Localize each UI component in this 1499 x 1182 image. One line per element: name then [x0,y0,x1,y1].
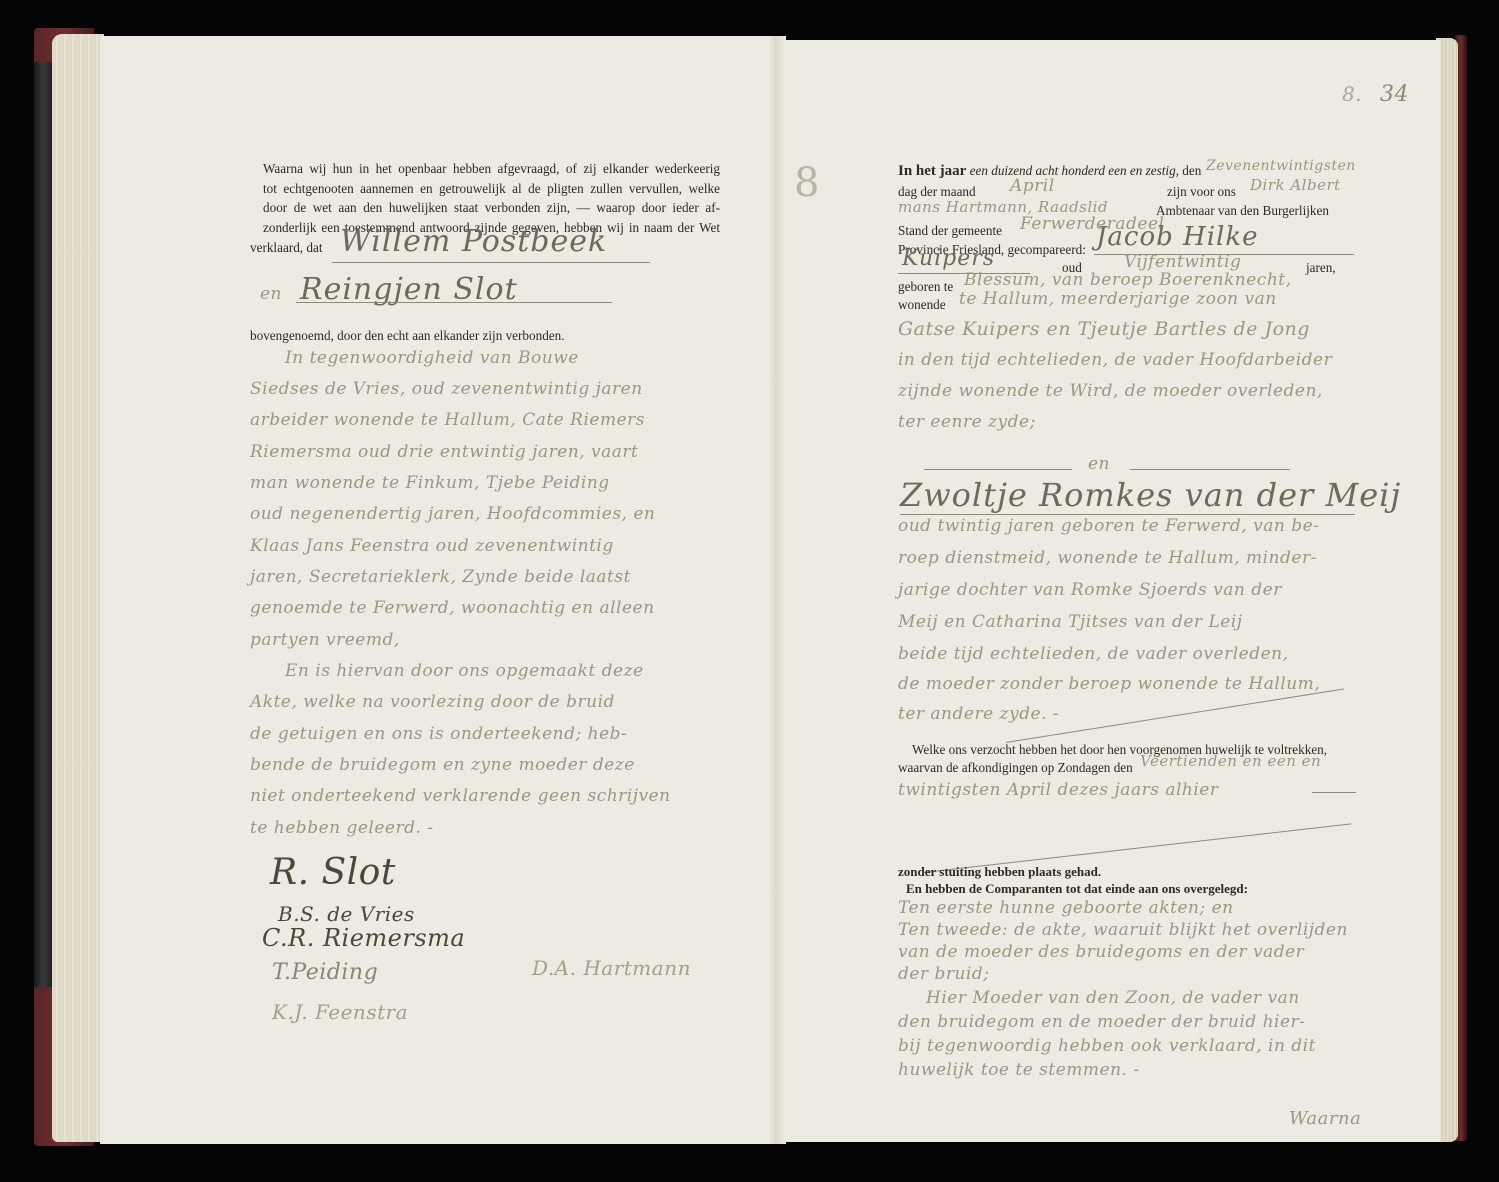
groom-age: Vijfentwintig [1124,252,1241,272]
handwritten-line: niet onderteekend verklarende geen schri… [250,786,671,806]
handwritten-line: zijnde wonende te Wird, de moeder overle… [898,381,1323,401]
handwritten-line: ter eenre zyde; [898,412,1036,432]
connector-en: en [260,284,282,304]
handwritten-line: den bruidegom en de moeder der bruid hie… [898,1012,1305,1032]
handwritten-line: man wonende te Finkum, Tjebe Peiding [250,473,610,493]
printed-wonende: wonende [898,295,946,315]
handwritten-line: oud negenendertig jaren, Hoofdcommies, e… [250,504,655,524]
handwritten-month: April [1010,176,1055,196]
handwritten-line: huwelijk toe te stemmen. - [898,1060,1140,1080]
handwritten-line: jarige dochter van Romke Sjoerds van der [898,580,1282,600]
folio-number: 34 [1380,82,1409,107]
handwritten-line: te Hallum, meerderjarige zoon van [959,289,1277,309]
handwritten-line: oud twintig jaren geboren te Ferwerd, va… [898,516,1319,536]
dash-line [1312,792,1356,793]
handwritten-official-1: Dirk Albert [1250,176,1341,194]
handwritten-line: Siedses de Vries, oud zevenentwintig jar… [250,379,643,399]
handwritten-line: roep dienstmeid, wonende te Hallum, mind… [898,548,1317,568]
printed-en-hebben: En hebben de Comparanten tot dat einde a… [906,879,1248,899]
printed-zijn-voor-ons: zijn voor ons [1167,182,1236,202]
catchword: Waarna [1289,1108,1361,1129]
left-page: Waarna wij hun in het openbaar hebben af… [100,36,772,1144]
groom-name-handwritten: Willem Postbeek [340,224,607,259]
separator-line [924,469,1072,470]
separator-line [1130,469,1290,470]
handwritten-line: Ten tweede: de akte, waaruit blijkt het … [898,920,1348,940]
handwritten-proclamation-2: twintigsten April dezes jaars alhier [898,780,1218,800]
signature: C.R. Riemersma [262,924,465,952]
right-page: 8. 34 8 In het jaar een duizend acht hon… [784,40,1440,1142]
handwritten-line: van de moeder des bruidegoms en der vade… [898,942,1304,962]
underline [296,302,612,303]
page-corner-number: 8. [1342,82,1362,106]
handwritten-line: de moeder zonder beroep wonende te Hallu… [898,674,1320,694]
handwritten-line: Gatse Kuipers en Tjeutje Bartles de Jong [898,318,1310,340]
handwritten-line: beide tijd echtelieden, de vader overled… [898,644,1289,664]
intro-line: door de wet aan den huwelijken staat ver… [263,198,720,218]
handwritten-line: genoemde te Ferwerd, woonachtig en allee… [250,598,655,618]
printed-geboren: geboren te [898,277,953,297]
handwritten-line: Klaas Jans Feenstra oud zevenentwintig [250,536,614,556]
signature: T.Peiding [272,960,378,985]
handwritten-line: Meij en Catharina Tjitses van der Leij [898,612,1243,632]
handwritten-line: Ten eerste hunne geboorte akten; en [898,898,1234,918]
handwritten-line: Riemersma oud drie entwintig jaren, vaar… [250,442,638,462]
handwritten-line: in den tijd echtelieden, de vader Hoofda… [898,350,1332,370]
signature: R. Slot [270,852,396,893]
printed-text: In het jaar [898,163,966,179]
bride-name-handwritten: Zwoltje Romkes van der Meij [900,476,1401,514]
handwritten-line: de getuigen en ons is onderteekend; heb- [250,724,627,744]
handwritten-line: Hier Moeder van den Zoon, de vader van [926,988,1300,1008]
connector-en: en [1088,454,1110,474]
printed-bovengenoemd: bovengenoemd, door den echt aan elkander… [250,326,565,346]
handwritten-line: arbeider wonende te Hallum, Cate Riemers [250,410,645,430]
groom-birthplace: Blessum, van beroep Boerenknecht, [964,270,1292,290]
handwritten-line: bij tegenwoordig hebben ook verklaard, i… [898,1036,1316,1056]
printed-ambtenaar: Ambtenaar van den Burgerlijken [1156,201,1329,221]
printed-stand: Stand der gemeente [898,221,1002,241]
handwritten-line: In tegenwoordigheid van Bouwe [285,348,579,368]
signature: B.S. de Vries [278,902,415,926]
printed-year: een duizend acht honderd een en zestig, [970,163,1179,178]
groom-surname-handwritten: Kuipers [902,246,995,271]
handwritten-line: ter andere zyde. - [898,704,1059,724]
margin-act-number: 8 [794,160,820,206]
handwritten-line: bende de bruidegom en zyne moeder deze [250,755,635,775]
handwritten-line: Akte, welke na voorlezing door de bruid [250,692,615,712]
page-stack-left [52,34,104,1142]
handwritten-line: te hebben geleerd. - [250,818,434,838]
underline [332,262,650,263]
handwritten-line: der bruid; [898,964,989,984]
handwritten-proclamation-1: Veertienden en een en [1140,752,1321,770]
official-signature: D.A. Hartmann [532,956,691,980]
handwritten-day: Zevenentwintigsten [1206,158,1356,174]
groom-name-handwritten: Jacob Hilke [1096,222,1259,252]
printed-verklaard: verklaard, dat [250,238,323,258]
intro-line: Waarna wij hun in het openbaar hebben af… [263,159,720,179]
signature: K.J. Feenstra [272,1000,408,1024]
handwritten-line: partyen vreemd, [250,630,400,650]
intro-line: tot echtgenooten aannemen en getrouwelij… [263,179,720,199]
underline [900,514,1355,515]
handwritten-line: En is hiervan door ons opgemaakt deze [285,661,644,681]
cover-leather-patch [34,62,52,987]
handwritten-line: jaren, Secretarieklerk, Zynde beide laat… [250,567,631,587]
printed-waarvan: waarvan de afkondigingen op Zondagen den [898,758,1133,778]
printed-text: den [1182,163,1201,178]
printed-jaren: jaren, [1306,258,1336,278]
